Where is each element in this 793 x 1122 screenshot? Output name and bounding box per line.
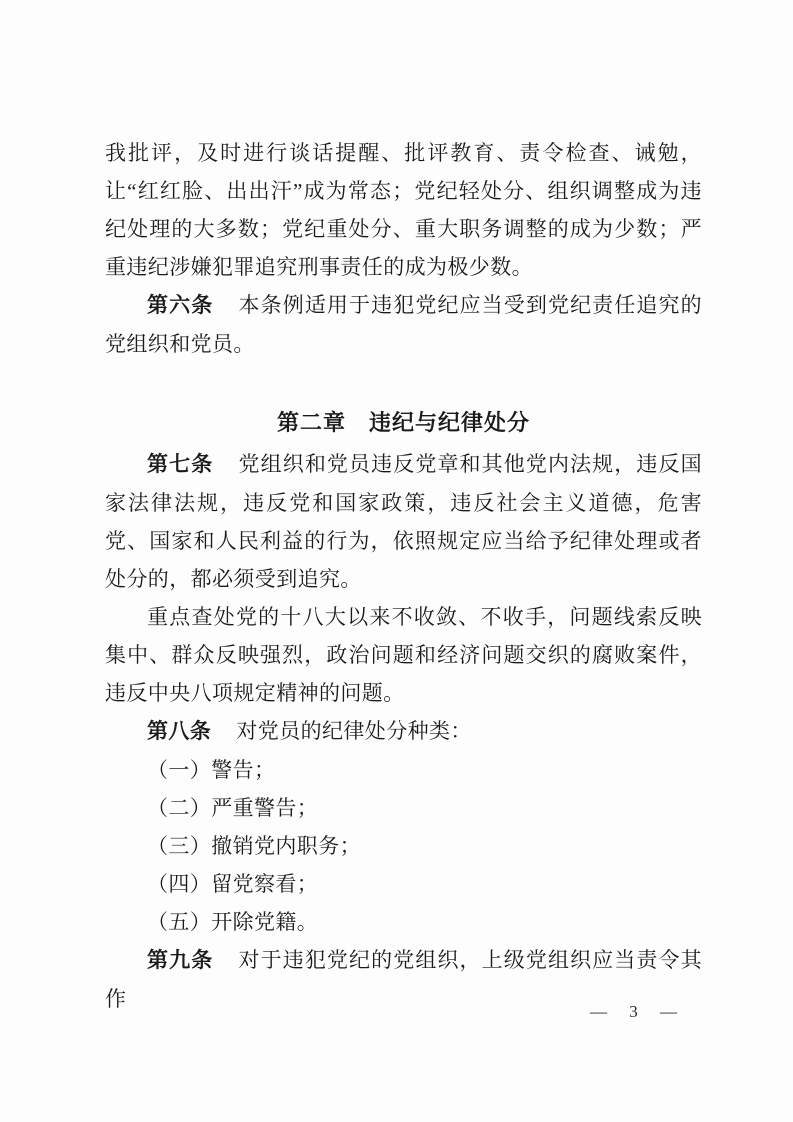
article-6-label: 第六条 xyxy=(147,294,213,317)
sanction-item-3: （三）撤销党内职务； xyxy=(105,827,702,865)
article-9-label: 第九条 xyxy=(147,949,213,972)
article-8-paragraph: 第八条对党员的纪律处分种类： xyxy=(105,712,702,751)
sanction-item-5: （五）开除党籍。 xyxy=(105,903,702,941)
article-8-text: 对党员的纪律处分种类： xyxy=(236,719,471,743)
article-7-label: 第七条 xyxy=(147,453,213,476)
chapter-2-heading: 第二章 违纪与纪律处分 xyxy=(105,404,702,442)
sanction-item-2: （二）严重警告； xyxy=(105,789,702,827)
article-8-label: 第八条 xyxy=(147,720,211,743)
paragraph-key-investigation: 重点查处党的十八大以来不收敛、不收手，问题线索反映集中、群众反映强烈，政治问题和… xyxy=(105,598,702,712)
page-number: — 3 — xyxy=(590,1000,682,1024)
sanction-item-1: （一）警告； xyxy=(105,751,702,789)
sanction-item-4: （四）留党察看； xyxy=(105,865,702,903)
article-7-paragraph: 第七条党组织和党员违反党章和其他党内法规，违反国家法律法规，违反党和国家政策，违… xyxy=(105,445,702,598)
article-6-paragraph: 第六条本条例适用于违犯党纪应当受到党纪责任追究的党组织和党员。 xyxy=(105,286,702,363)
document-body: 我批评，及时进行谈话提醒、批评教育、责令检查、诫勉，让“红红脸、出出汗”成为常态… xyxy=(105,134,702,1018)
paragraph-selfcriticism-continuation: 我批评，及时进行谈话提醒、批评教育、责令检查、诫勉，让“红红脸、出出汗”成为常态… xyxy=(105,134,702,286)
document-page: 我批评，及时进行谈话提醒、批评教育、责令检查、诫勉，让“红红脸、出出汗”成为常态… xyxy=(0,0,793,1122)
